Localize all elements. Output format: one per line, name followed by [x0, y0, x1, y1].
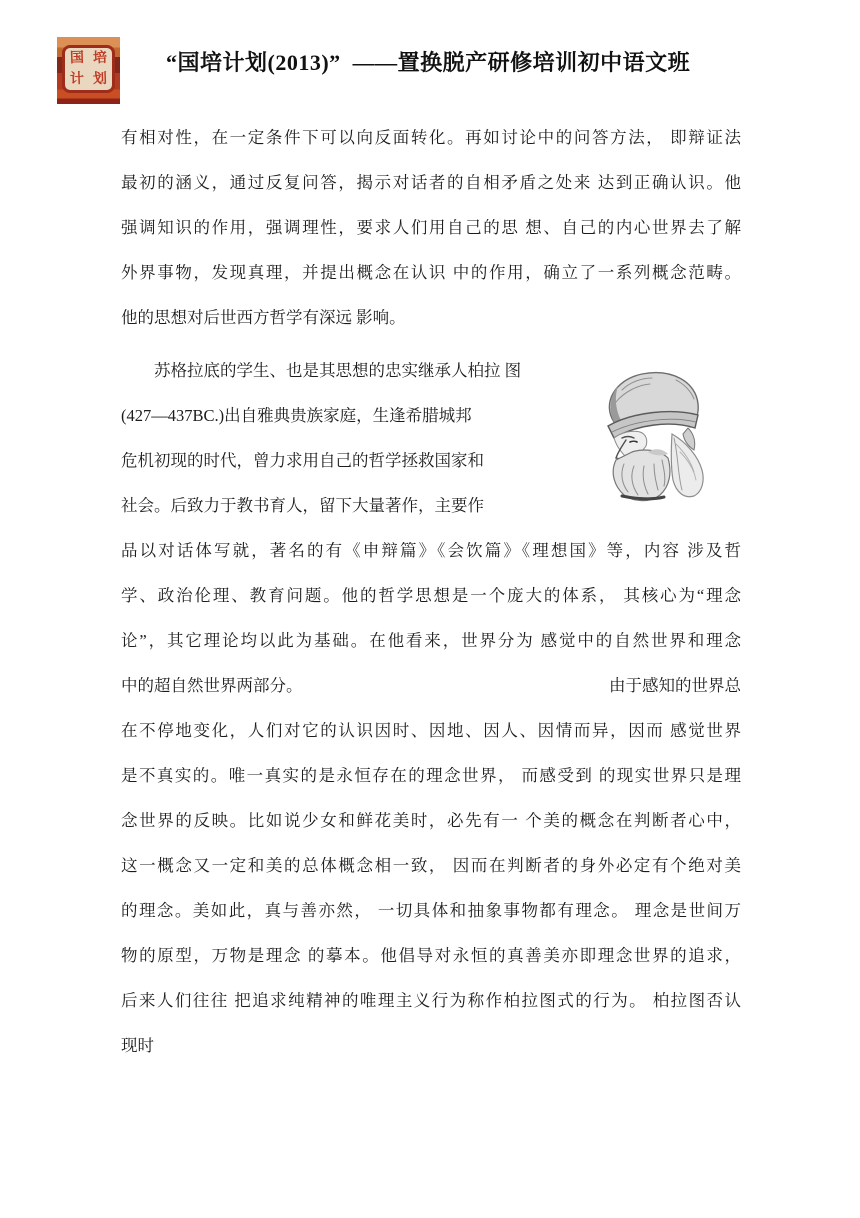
page-title: “国培计划(2013)” ——置换脱产研修培训初中语文班 [166, 46, 690, 77]
text-line: 后来人们往往 把追求纯精神的唯理主义行为称作柏拉图式的行为。 柏拉图否认 [121, 978, 741, 1023]
text-line: 现时 [121, 1023, 741, 1068]
text-line: 有相对性，在一定条件下可以向反面转化。再如讨论中的问答方法， 即辩证法 [121, 115, 741, 160]
text-line: 物的原型，万物是理念 的摹本。他倡导对永恒的真善美亦即理念世界的追求， [121, 933, 741, 978]
guopei-seal-logo: 国 培 计 划 [57, 37, 120, 104]
seal-char: 培 [93, 51, 107, 65]
text-line: 最初的涵义，通过反复问答，揭示对话者的自相矛盾之处来 达到正确认识。他 [121, 160, 741, 205]
text-line: (427—437BC.)出自雅典贵族家庭，生逢希腊城邦 [121, 393, 741, 438]
gap-line-left: 中的超自然世界两部分。 [121, 663, 303, 708]
text-line: 这一概念又一定和美的总体概念相一致， 因而在判断者的身外必定有个绝对美 [121, 843, 741, 888]
text-line-with-gap: 中的超自然世界两部分。 由于感知的世界总 [121, 663, 741, 708]
text-line: 在不停地变化，人们对它的认识因时、因地、因人、因情而异，因而 感觉世界 [121, 708, 741, 753]
text-line: 苏格拉底的学生、也是其思想的忠实继承人柏拉 图 [121, 348, 741, 393]
text-line: 念世界的反映。比如说少女和鲜花美时，必先有一 个美的概念在判断者心中， [121, 798, 741, 843]
text-line: 强调知识的作用，强调理性，要求人们用自己的思 想、自己的内心世界去了解 [121, 205, 741, 250]
seal-inner-panel: 国 培 计 划 [62, 45, 115, 93]
text-line: 社会。后致力于教书育人，留下大量著作，主要作 [121, 483, 741, 528]
paragraph-1: 有相对性，在一定条件下可以向反面转化。再如讨论中的问答方法， 即辩证法 最初的涵… [121, 115, 741, 340]
text-line: 论”，其它理论均以此为基础。在他看来，世界分为 感觉中的自然世界和理念 [121, 618, 741, 663]
seal-char: 计 [70, 72, 84, 86]
seal-char: 国 [70, 51, 84, 65]
text-line: 是不真实的。唯一真实的是永恒存在的理念世界， 而感受到 的现实世界只是理 [121, 753, 741, 798]
text-line: 危机初现的时代，曾力求用自己的哲学拯救国家和 [121, 438, 741, 483]
gap-line-right: 由于感知的世界总 [609, 663, 741, 708]
seal-char: 划 [93, 72, 107, 86]
paragraph-2: 苏格拉底的学生、也是其思想的忠实继承人柏拉 图 (427—437BC.)出自雅典… [121, 348, 741, 1068]
text-line: 外界事物，发现真理，并提出概念在认识 中的作用，确立了一系列概念范畴。 [121, 250, 741, 295]
text-line: 他的思想对后世西方哲学有深远 影响。 [121, 295, 741, 340]
text-line: 学、政治伦理、教育问题。他的哲学思想是一个庞大的体系， 其核心为“理念 [121, 573, 741, 618]
document-body: 有相对性，在一定条件下可以向反面转化。再如讨论中的问答方法， 即辩证法 最初的涵… [121, 115, 741, 1068]
text-line: 的理念。美如此，真与善亦然， 一切具体和抽象事物都有理念。 理念是世间万 [121, 888, 741, 933]
document-page: 国 培 计 划 “国培计划(2013)” ——置换脱产研修培训初中语文班 [0, 0, 860, 1218]
text-line: 品以对话体写就，著名的有《申辩篇》《会饮篇》《理想国》等，内容 涉及哲 [121, 528, 741, 573]
